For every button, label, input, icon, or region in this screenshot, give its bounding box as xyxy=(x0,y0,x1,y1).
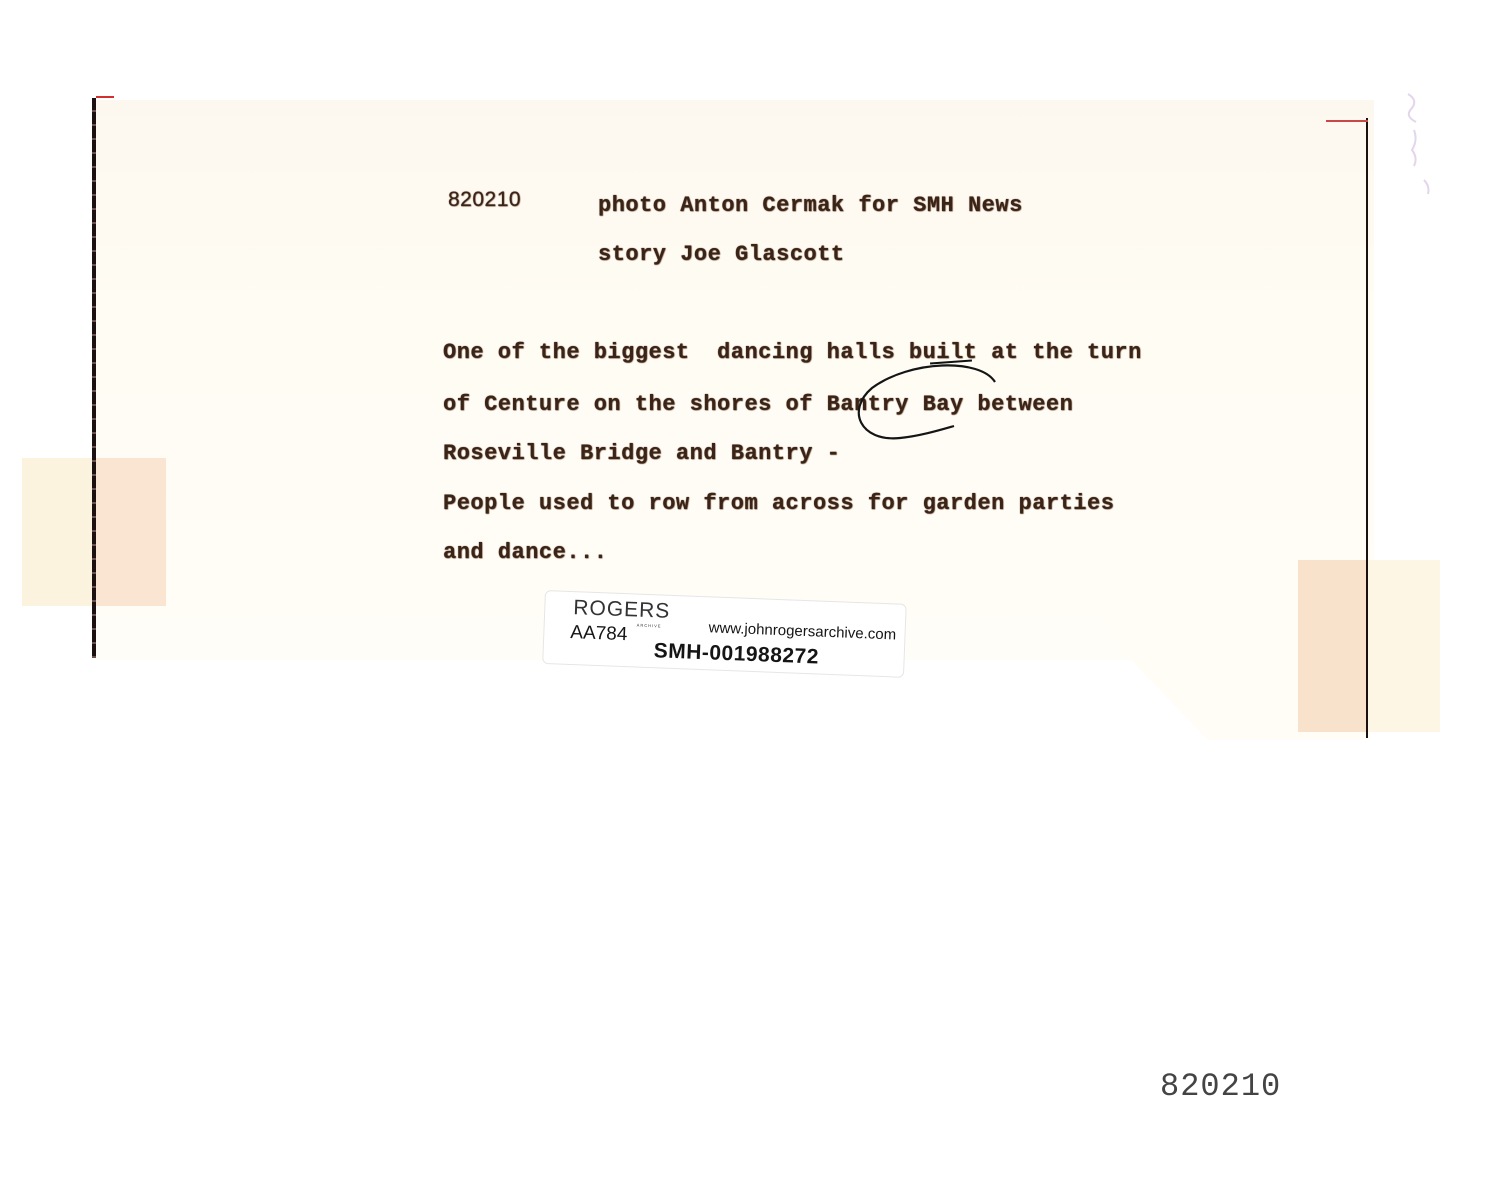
story-credit: story Joe Glascott xyxy=(598,242,845,267)
photo-credit: photo Anton Cermak for SMH News xyxy=(598,193,1023,218)
sheet-left-edge xyxy=(92,98,96,658)
caption-line: and dance... xyxy=(443,540,607,565)
caption-line: Roseville Bridge and Bantry - xyxy=(443,441,840,466)
tape-right xyxy=(1298,560,1440,732)
caption-line: One of the biggest dancing halls built a… xyxy=(443,340,1142,365)
stamped-number: 820210 xyxy=(1160,1068,1281,1105)
archive-id: SMH-001988272 xyxy=(653,639,819,669)
reference-number: 820210 xyxy=(448,188,521,212)
caption-line: People used to row from across for garde… xyxy=(443,491,1114,516)
archive-label: ROGERS ARCHIVE AA784 www.johnrogersarchi… xyxy=(542,590,907,678)
archive-logo-sub: ARCHIVE xyxy=(637,623,662,629)
pencil-scribble-icon xyxy=(1400,90,1440,200)
red-edge-mark xyxy=(96,96,114,98)
archive-url[interactable]: www.johnrogersarchive.com xyxy=(708,619,896,643)
typed-caption-sheet xyxy=(94,100,1374,660)
pen-circle-mark xyxy=(850,360,1010,450)
sheet-right-edge xyxy=(1366,118,1368,738)
archive-logo: ROGERS xyxy=(573,596,671,624)
catalog-code: AA784 xyxy=(570,622,628,646)
red-edge-mark xyxy=(1326,120,1368,122)
